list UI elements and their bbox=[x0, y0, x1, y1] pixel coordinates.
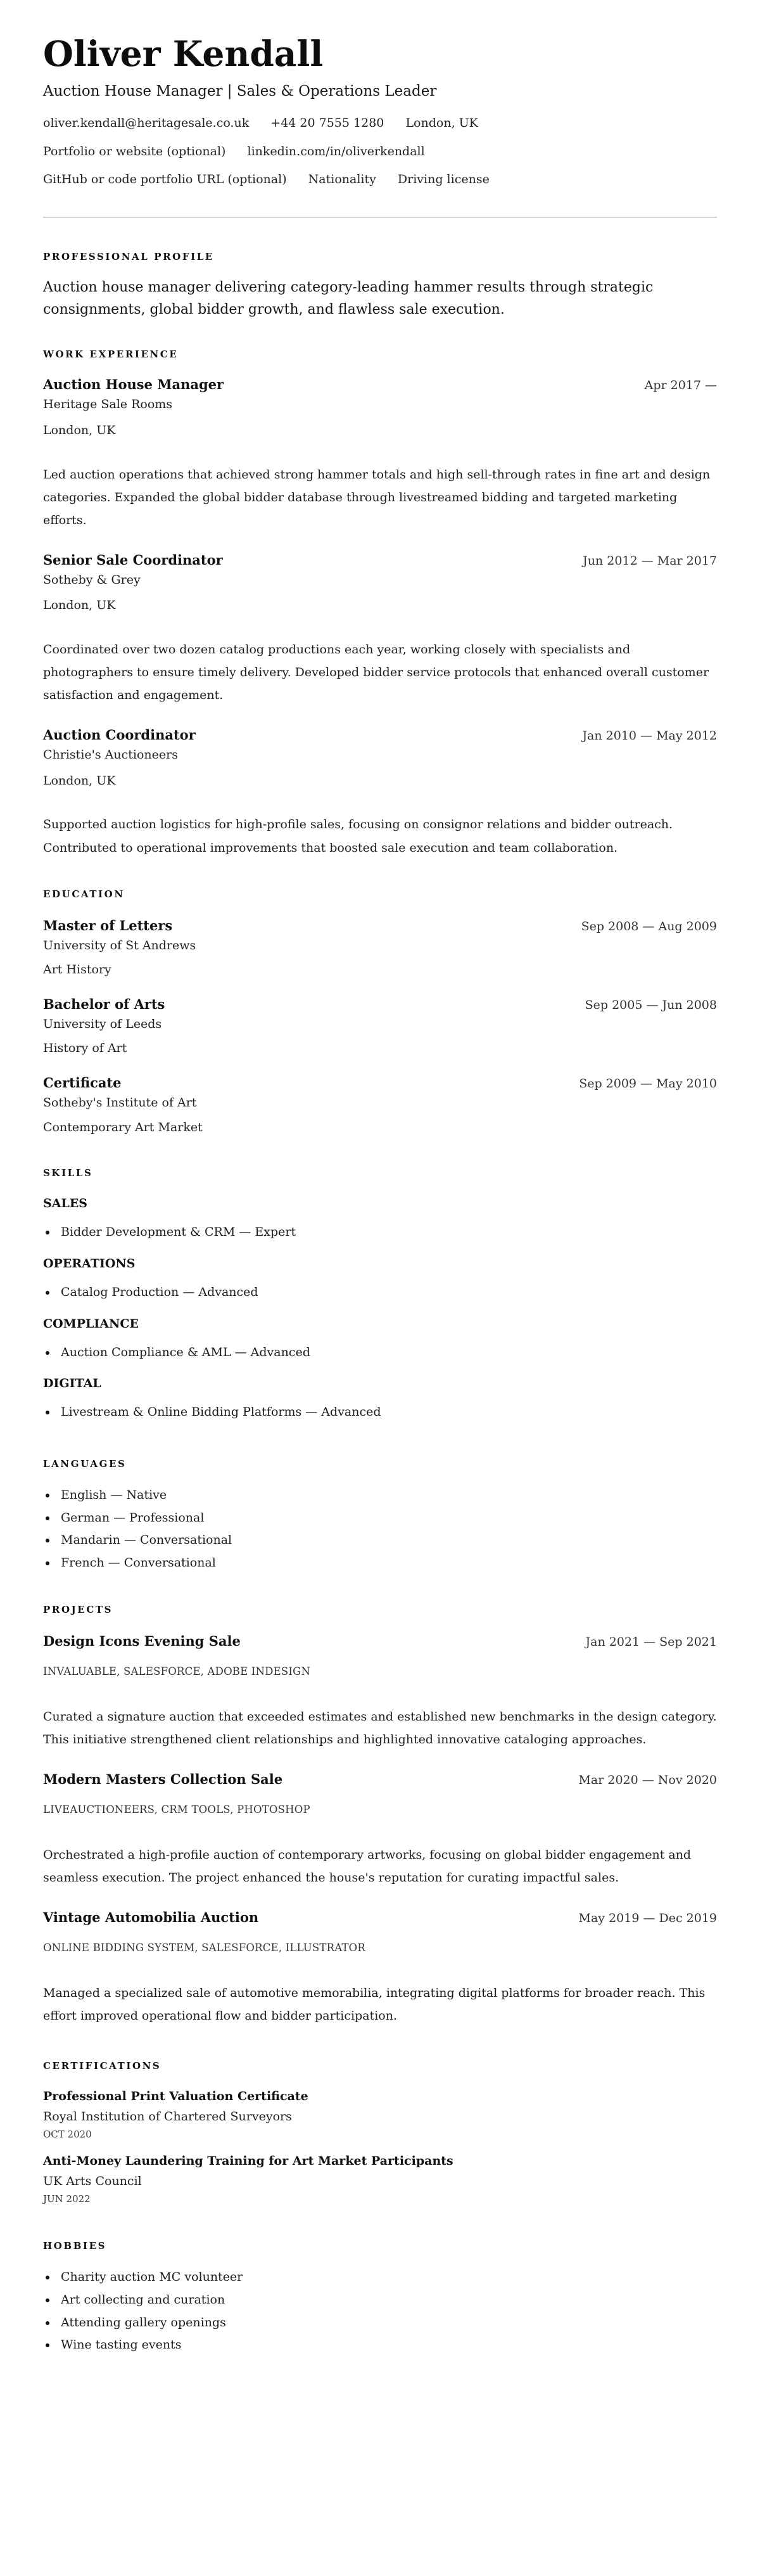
skill-item: Auction Compliance & AML — Advanced bbox=[61, 1345, 717, 1361]
job-dates: Jun 2012 — Mar 2017 bbox=[583, 554, 717, 568]
profile-summary: Auction house manager delivering categor… bbox=[43, 276, 717, 321]
candidate-headline: Auction House Manager | Sales & Operatio… bbox=[43, 82, 717, 101]
education-entry: Master of Letters Sep 2008 — Aug 2009 Un… bbox=[43, 918, 717, 978]
project-tech: Invaluable, Salesforce, Adobe InDesign bbox=[43, 1665, 717, 1677]
section-certifications: Certifications Professional Print Valuat… bbox=[43, 2060, 717, 2205]
job-title: Auction House Manager bbox=[43, 376, 224, 392]
section-title-profile: Professional Profile bbox=[43, 251, 717, 262]
skill-list-sales: Bidder Development & CRM — Expert bbox=[43, 1224, 717, 1240]
degree-dates: Sep 2005 — Jun 2008 bbox=[585, 998, 717, 1012]
job-description: Coordinated over two dozen catalog produ… bbox=[43, 638, 717, 707]
certification-issuer: UK Arts Council bbox=[43, 2174, 717, 2188]
job-description: Led auction operations that achieved str… bbox=[43, 463, 717, 532]
degree-title: Bachelor of Arts bbox=[43, 996, 165, 1012]
project-description: Curated a signature auction that exceede… bbox=[43, 1705, 717, 1751]
section-profile: Professional Profile Auction house manag… bbox=[43, 251, 717, 321]
project-name: Modern Masters Collection Sale bbox=[43, 1771, 282, 1787]
job-location: London, UK bbox=[43, 597, 717, 614]
section-title-certifications: Certifications bbox=[43, 2060, 717, 2072]
contact-email[interactable]: oliver.kendall@heritagesale.co.uk bbox=[43, 116, 249, 130]
skill-category-operations: OPERATIONS bbox=[43, 1257, 717, 1271]
experience-entry: Senior Sale Coordinator Jun 2012 — Mar 2… bbox=[43, 552, 717, 707]
skill-item: Catalog Production — Advanced bbox=[61, 1285, 717, 1300]
section-title-education: Education bbox=[43, 888, 717, 900]
degree-title: Certificate bbox=[43, 1075, 122, 1091]
section-title-experience: Work Experience bbox=[43, 349, 717, 360]
skill-list-digital: Livestream & Online Bidding Platforms — … bbox=[43, 1404, 717, 1420]
project-tech: LiveAuctioneers, CRM tools, Photoshop bbox=[43, 1804, 717, 1816]
section-projects: Projects Design Icons Evening Sale Jan 2… bbox=[43, 1604, 717, 2028]
certification-name: Anti-Money Laundering Training for Art M… bbox=[43, 2154, 717, 2168]
contact-portfolio[interactable]: Portfolio or website (optional) bbox=[43, 144, 225, 158]
section-title-skills: Skills bbox=[43, 1167, 717, 1179]
contact-location: London, UK bbox=[405, 116, 478, 130]
school-name: University of Leeds bbox=[43, 1016, 717, 1033]
project-entry: Modern Masters Collection Sale Mar 2020 … bbox=[43, 1771, 717, 1889]
language-item: Mandarin — Conversational bbox=[61, 1532, 717, 1548]
contact-phone[interactable]: +44 20 7555 1280 bbox=[270, 116, 384, 130]
job-dates: Apr 2017 — bbox=[645, 378, 717, 392]
contact-row-extra: GitHub or code portfolio URL (optional) … bbox=[43, 172, 717, 188]
skill-item: Bidder Development & CRM — Expert bbox=[61, 1224, 717, 1240]
project-description: Managed a specialized sale of automotive… bbox=[43, 1982, 717, 2027]
job-dates: Jan 2010 — May 2012 bbox=[582, 729, 717, 743]
job-company: Sotheby & Grey bbox=[43, 572, 717, 589]
contact-linkedin[interactable]: linkedin.com/in/oliverkendall bbox=[248, 144, 425, 158]
certification-entry: Anti-Money Laundering Training for Art M… bbox=[43, 2154, 717, 2205]
certification-name: Professional Print Valuation Certificate bbox=[43, 2089, 717, 2103]
field-of-study: Art History bbox=[43, 961, 717, 978]
certification-entry: Professional Print Valuation Certificate… bbox=[43, 2089, 717, 2140]
header-divider bbox=[43, 217, 717, 218]
project-entry: Design Icons Evening Sale Jan 2021 — Sep… bbox=[43, 1633, 717, 1751]
section-title-hobbies: Hobbies bbox=[43, 2240, 717, 2252]
education-entry: Certificate Sep 2009 — May 2010 Sotheby'… bbox=[43, 1075, 717, 1136]
degree-title: Master of Letters bbox=[43, 918, 172, 933]
degree-dates: Sep 2008 — Aug 2009 bbox=[581, 920, 717, 933]
section-skills: Skills SALES Bidder Development & CRM — … bbox=[43, 1167, 717, 1420]
skill-category-sales: SALES bbox=[43, 1196, 717, 1210]
hobby-item: Charity auction MC volunteer bbox=[61, 2269, 717, 2285]
section-education: Education Master of Letters Sep 2008 — A… bbox=[43, 888, 717, 1136]
skill-category-compliance: COMPLIANCE bbox=[43, 1317, 717, 1331]
field-of-study: History of Art bbox=[43, 1040, 717, 1057]
contact-row-links: Portfolio or website (optional) linkedin… bbox=[43, 144, 717, 160]
job-title: Senior Sale Coordinator bbox=[43, 552, 223, 568]
project-name: Design Icons Evening Sale bbox=[43, 1633, 241, 1649]
education-entry: Bachelor of Arts Sep 2005 — Jun 2008 Uni… bbox=[43, 996, 717, 1057]
section-title-languages: Languages bbox=[43, 1458, 717, 1470]
school-name: Sotheby's Institute of Art bbox=[43, 1094, 717, 1112]
hobby-list: Charity auction MC volunteer Art collect… bbox=[43, 2269, 717, 2353]
job-location: London, UK bbox=[43, 772, 717, 790]
job-company: Heritage Sale Rooms bbox=[43, 396, 717, 413]
degree-dates: Sep 2009 — May 2010 bbox=[579, 1077, 717, 1091]
project-name: Vintage Automobilia Auction bbox=[43, 1909, 258, 1925]
job-company: Christie's Auctioneers bbox=[43, 747, 717, 764]
job-location: London, UK bbox=[43, 422, 717, 439]
skill-list-operations: Catalog Production — Advanced bbox=[43, 1285, 717, 1300]
certification-issuer: Royal Institution of Chartered Surveyors bbox=[43, 2110, 717, 2124]
hobby-item: Wine tasting events bbox=[61, 2337, 717, 2353]
section-title-projects: Projects bbox=[43, 1604, 717, 1615]
section-languages: Languages English — Native German — Prof… bbox=[43, 1458, 717, 1571]
project-tech: Online bidding system, Salesforce, Illus… bbox=[43, 1942, 717, 1954]
skill-item: Livestream & Online Bidding Platforms — … bbox=[61, 1404, 717, 1420]
language-item: French — Conversational bbox=[61, 1555, 717, 1571]
language-item: English — Native bbox=[61, 1487, 717, 1503]
contact-nationality: Nationality bbox=[308, 172, 376, 186]
skill-category-digital: DIGITAL bbox=[43, 1376, 717, 1390]
project-dates: Jan 2021 — Sep 2021 bbox=[586, 1635, 717, 1649]
job-title: Auction Coordinator bbox=[43, 727, 196, 743]
language-list: English — Native German — Professional M… bbox=[43, 1487, 717, 1571]
experience-entry: Auction House Manager Apr 2017 — Heritag… bbox=[43, 376, 717, 531]
job-description: Supported auction logistics for high-pro… bbox=[43, 813, 717, 859]
section-hobbies: Hobbies Charity auction MC volunteer Art… bbox=[43, 2240, 717, 2353]
contact-github[interactable]: GitHub or code portfolio URL (optional) bbox=[43, 172, 287, 186]
hobby-item: Attending gallery openings bbox=[61, 2315, 717, 2331]
field-of-study: Contemporary Art Market bbox=[43, 1119, 717, 1136]
candidate-name: Oliver Kendall bbox=[43, 33, 717, 75]
project-dates: Mar 2020 — Nov 2020 bbox=[578, 1773, 717, 1787]
project-entry: Vintage Automobilia Auction May 2019 — D… bbox=[43, 1909, 717, 2027]
school-name: University of St Andrews bbox=[43, 937, 717, 954]
skill-list-compliance: Auction Compliance & AML — Advanced bbox=[43, 1345, 717, 1361]
experience-entry: Auction Coordinator Jan 2010 — May 2012 … bbox=[43, 727, 717, 859]
language-item: German — Professional bbox=[61, 1510, 717, 1526]
section-experience: Work Experience Auction House Manager Ap… bbox=[43, 349, 717, 859]
contact-driving-license: Driving license bbox=[398, 172, 490, 186]
contact-row-primary: oliver.kendall@heritagesale.co.uk +44 20… bbox=[43, 115, 717, 131]
hobby-item: Art collecting and curation bbox=[61, 2292, 717, 2308]
certification-date: Jun 2022 bbox=[43, 2193, 717, 2205]
certification-date: Oct 2020 bbox=[43, 2129, 717, 2140]
resume-page: Oliver Kendall Auction House Manager | S… bbox=[0, 0, 760, 2378]
project-dates: May 2019 — Dec 2019 bbox=[579, 1911, 718, 1925]
project-description: Orchestrated a high-profile auction of c… bbox=[43, 1843, 717, 1889]
resume-header: Oliver Kendall Auction House Manager | S… bbox=[43, 33, 717, 188]
